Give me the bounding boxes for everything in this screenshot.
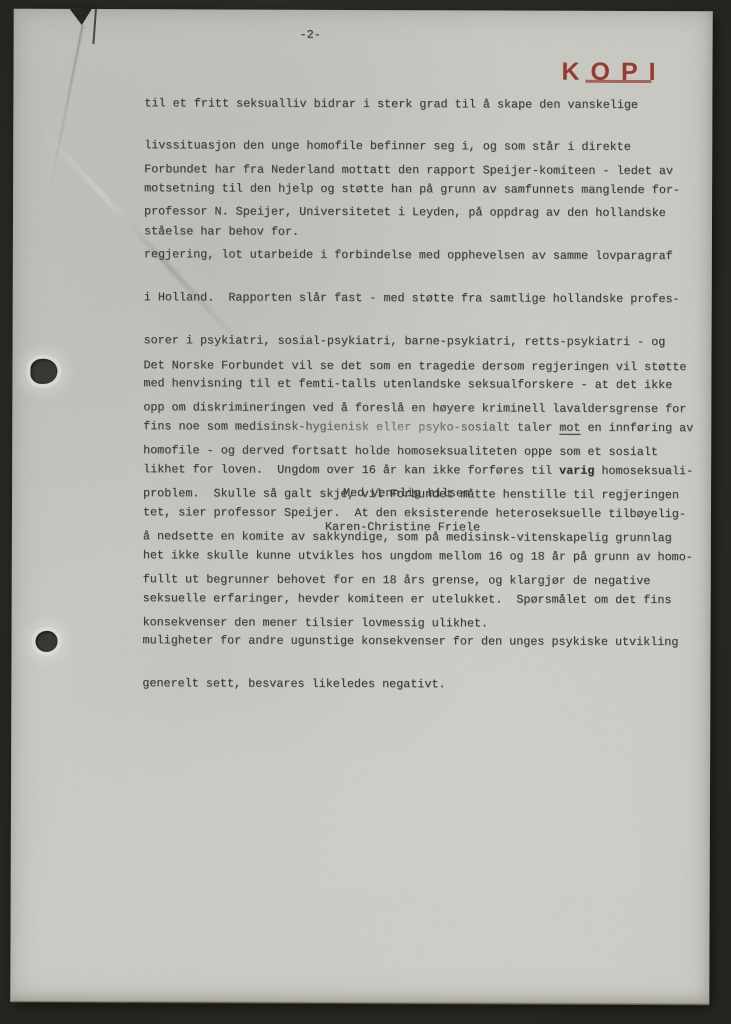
document-page: -2- KOPI til et fritt seksualliv bidrar … <box>10 9 712 1004</box>
hole-punch-bottom <box>35 631 57 652</box>
text-line: homofile - og derved fortsatt holde homo… <box>143 444 686 460</box>
text-line: regjering, lot utarbeide i forbindelse m… <box>144 248 694 264</box>
text-line: konsekvenser den mener tilsier lovmessig… <box>143 615 686 631</box>
page-edge <box>12 1001 709 1005</box>
signature-name: Karen-Christine Friele <box>325 520 480 535</box>
text-line: Det Norske Forbundet vil se det som en t… <box>143 358 686 374</box>
text-line: opp om diskrimineringen ved å foreslå en… <box>143 401 686 417</box>
text-line: Forbundet har fra Nederland mottatt den … <box>144 162 694 178</box>
text-line: professor N. Speijer, Universitetet i Le… <box>144 205 694 221</box>
hole-punch-top <box>30 359 57 384</box>
page-number: -2- <box>300 28 321 42</box>
tear-mark <box>70 9 92 25</box>
closing-salutation: Med vennlig hilsen <box>343 486 470 501</box>
text-line: i Holland. Rapporten slår fast - med stø… <box>144 291 694 307</box>
scan-background: -2- KOPI til et fritt seksualliv bidrar … <box>0 0 731 1024</box>
text-line: til et fritt seksualliv bidrar i sterk g… <box>144 96 680 112</box>
text-line: fullt ut begrunner behovet for en 18 års… <box>143 572 686 588</box>
tear-mark <box>92 9 97 44</box>
text-line: generelt sett, besvares likeledes negati… <box>142 677 692 693</box>
